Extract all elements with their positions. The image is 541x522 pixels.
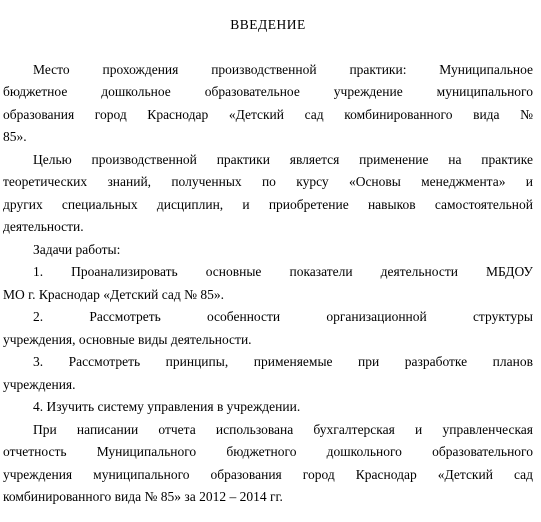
task-item-2: 2. Рассмотреть особенности организационн… (3, 306, 533, 351)
text-line: теоретических знаний, полученных по курс… (3, 171, 533, 194)
text-line: 85». (3, 126, 533, 149)
document-page: ВВЕДЕНИЕ Место прохождения производствен… (0, 0, 541, 522)
paragraph-practice-place: Место прохождения производственной практ… (3, 59, 533, 149)
paragraph-practice-goal: Целью производственной практики является… (3, 149, 533, 239)
task-item-1: 1. Проанализировать основные показатели … (3, 261, 533, 306)
text-line: учреждения. (3, 374, 533, 397)
text-line: Целью производственной практики является… (3, 149, 533, 172)
text-line: других специальных дисциплин, и приобрет… (3, 194, 533, 217)
paragraph-sources: При написании отчета использована бухгал… (3, 419, 533, 509)
task-item-4: 4. Изучить систему управления в учрежден… (3, 396, 533, 419)
text-line: комбинированного вида № 85» за 2012 – 20… (3, 486, 533, 509)
text-line: учреждения, основные виды деятельности. (3, 329, 533, 352)
task-item-3: 3. Рассмотреть принципы, применяемые при… (3, 351, 533, 396)
text-line: При написании отчета использована бухгал… (3, 419, 533, 442)
text-line: 3. Рассмотреть принципы, применяемые при… (3, 351, 533, 374)
text-line: деятельности. (3, 216, 533, 239)
page-title: ВВЕДЕНИЕ (3, 14, 533, 37)
paragraph-tasks-header: Задачи работы: (3, 239, 533, 262)
text-line: 4. Изучить систему управления в учрежден… (3, 396, 533, 419)
text-line: образования город Краснодар «Детский сад… (3, 104, 533, 127)
text-line: Место прохождения производственной практ… (3, 59, 533, 82)
text-line: Задачи работы: (3, 239, 533, 262)
text-line: 2. Рассмотреть особенности организационн… (3, 306, 533, 329)
text-line: отчетность Муниципального бюджетного дош… (3, 441, 533, 464)
text-line: учреждения муниципального образования го… (3, 464, 533, 487)
text-line: бюджетное дошкольное образовательное учр… (3, 81, 533, 104)
text-line: МО г. Краснодар «Детский сад № 85». (3, 284, 533, 307)
text-line: 1. Проанализировать основные показатели … (3, 261, 533, 284)
